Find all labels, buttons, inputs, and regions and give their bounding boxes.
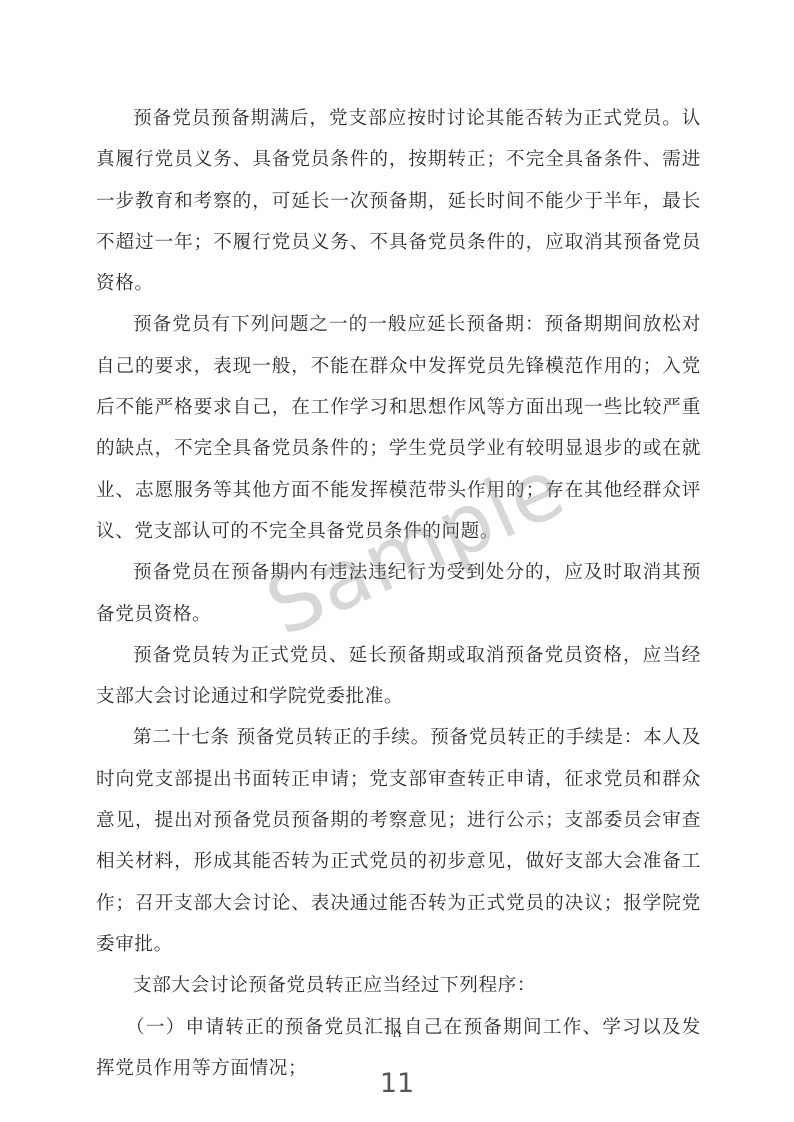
page-number-label: 11 — [0, 1068, 794, 1099]
paragraph-disqualification: 预备党员在预备期内有违法违纪行为受到处分的，应及时取消其预备党员资格。 — [96, 552, 701, 635]
paragraph-approval: 预备党员转为正式党员、延长预备期或取消预备党员资格，应当经支部大会讨论通过和学院… — [96, 635, 701, 718]
document-page: 预备党员预备期满后，党支部应按时讨论其能否转为正式党员。认真履行党员义务、具备党… — [0, 0, 794, 1122]
document-body: 预备党员预备期满后，党支部应按时讨论其能否转为正式党员。认真履行党员义务、具备党… — [96, 98, 701, 1089]
page-number-footer: 11 — [0, 1028, 794, 1040]
paragraph-extension-conditions: 预备党员有下列问题之一的一般应延长预备期：预备期期间放松对自己的要求，表现一般，… — [96, 304, 701, 552]
paragraph-article-27: 第二十七条 预备党员转正的手续。预备党员转正的手续是：本人及时向党支部提出书面转… — [96, 717, 701, 965]
paragraph-probation-end: 预备党员预备期满后，党支部应按时讨论其能否转为正式党员。认真履行党员义务、具备党… — [96, 98, 701, 304]
paragraph-procedure-intro: 支部大会讨论预备党员转正应当经过下列程序： — [96, 965, 701, 1006]
